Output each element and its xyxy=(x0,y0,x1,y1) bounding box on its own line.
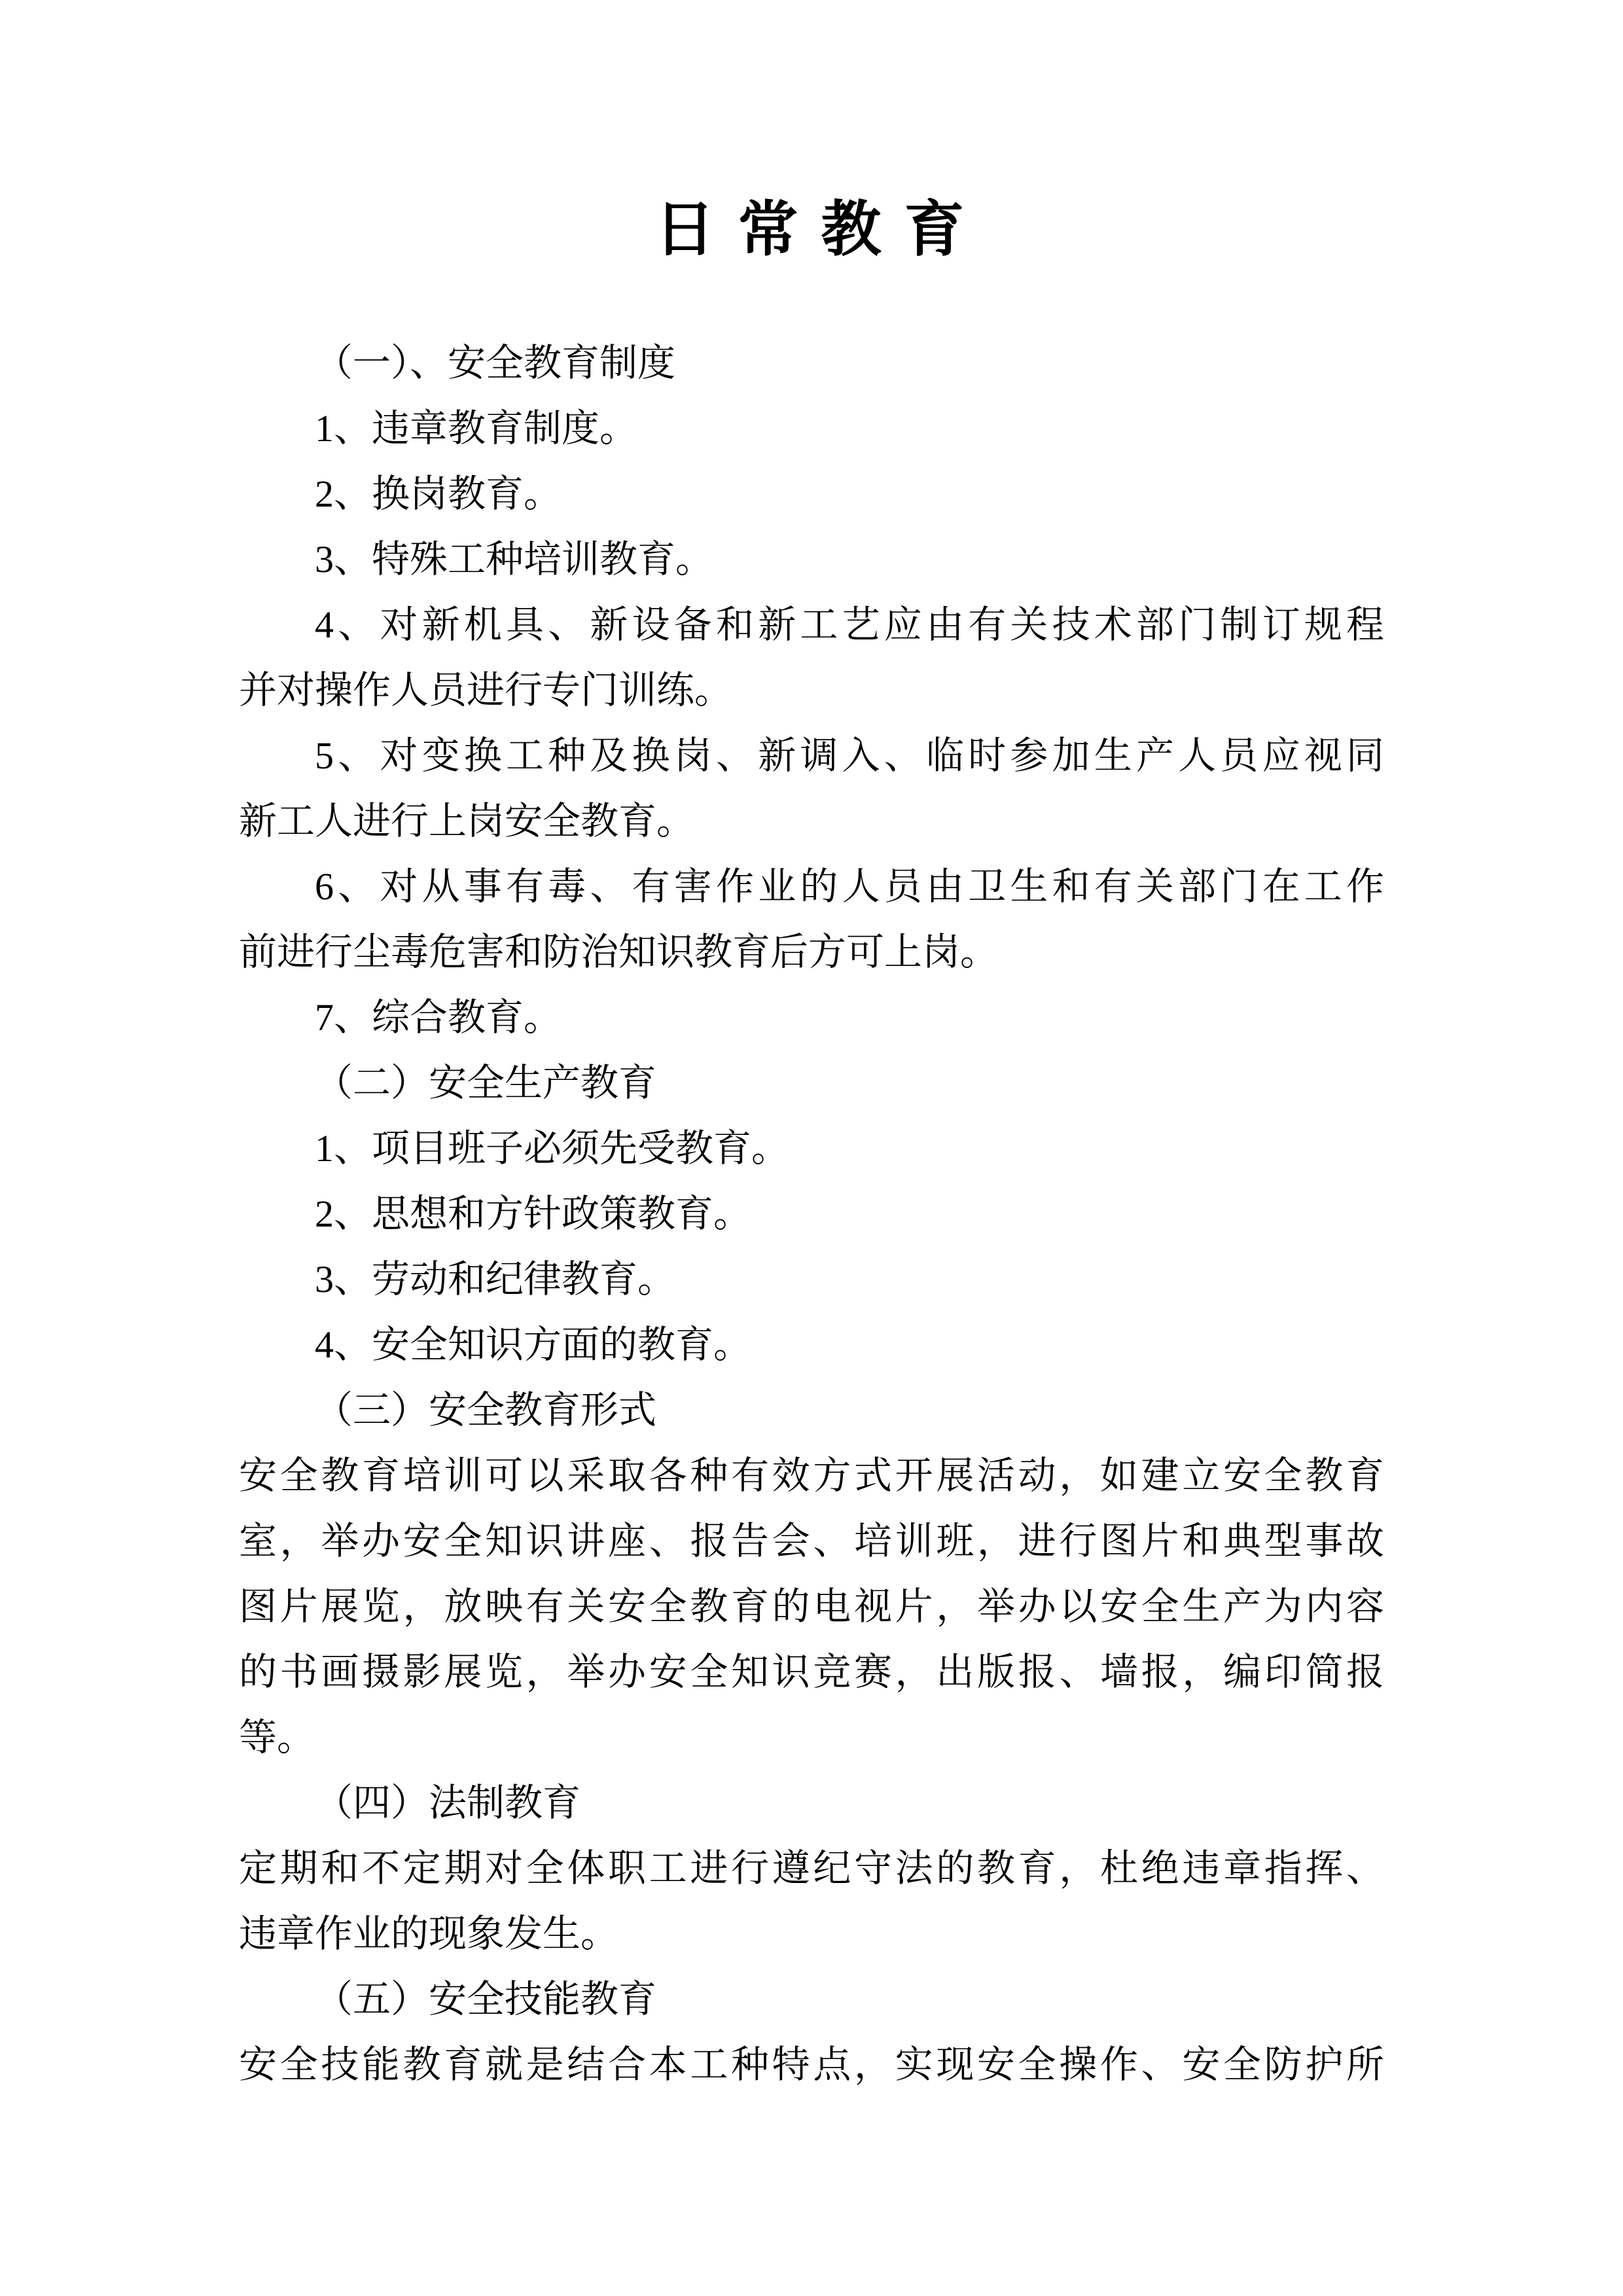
text-line: 图片展览，放映有关安全教育的电视片，举办以安全生产为内容 xyxy=(239,1574,1384,1640)
text-line: 3、特殊工种培训教育。 xyxy=(239,527,1384,592)
text-line: （三）安全教育形式 xyxy=(239,1378,1384,1443)
text-line: 等。 xyxy=(239,1705,1384,1770)
text-line: 安全教育培训可以采取各种有效方式开展活动，如建立安全教育 xyxy=(239,1443,1384,1509)
text-line: 4、对新机具、新设备和新工艺应由有关技术部门制订规程 xyxy=(239,592,1384,658)
document-page: 日 常 教 育 （一）、安全教育制度1、违章教育制度。2、换岗教育。3、特殊工种… xyxy=(0,0,1623,2296)
text-line: 安全技能教育就是结合本工种特点，实现安全操作、安全防护所 xyxy=(239,2032,1384,2098)
text-line: 1、违章教育制度。 xyxy=(239,396,1384,461)
text-line: （五）安全技能教育 xyxy=(239,1967,1384,2032)
text-line: 7、综合教育。 xyxy=(239,985,1384,1050)
text-line: 的书画摄影展览，举办安全知识竞赛，出版报、墙报，编印简报 xyxy=(239,1640,1384,1705)
text-line: 6、对从事有毒、有害作业的人员由卫生和有关部门在工作 xyxy=(239,854,1384,920)
text-line: 4、安全知识方面的教育。 xyxy=(239,1312,1384,1378)
text-line: 定期和不定期对全体职工进行遵纪守法的教育，杜绝违章指挥、 xyxy=(239,1836,1384,1901)
document-title: 日 常 教 育 xyxy=(0,194,1623,266)
text-line: 2、思想和方针政策教育。 xyxy=(239,1181,1384,1247)
text-line: 3、劳动和纪律教育。 xyxy=(239,1247,1384,1312)
text-line: 室，举办安全知识讲座、报告会、培训班，进行图片和典型事故 xyxy=(239,1509,1384,1574)
text-line: 新工人进行上岗安全教育。 xyxy=(239,789,1384,854)
text-line: （四）法制教育 xyxy=(239,1770,1384,1836)
document-body: （一）、安全教育制度1、违章教育制度。2、换岗教育。3、特殊工种培训教育。4、对… xyxy=(239,331,1384,2098)
text-line: 违章作业的现象发生。 xyxy=(239,1901,1384,1967)
text-line: 1、项目班子必须先受教育。 xyxy=(239,1116,1384,1181)
text-line: （二）安全生产教育 xyxy=(239,1050,1384,1116)
text-line: 2、换岗教育。 xyxy=(239,461,1384,527)
text-line: 前进行尘毒危害和防治知识教育后方可上岗。 xyxy=(239,920,1384,985)
text-line: 5、对变换工种及换岗、新调入、临时参加生产人员应视同 xyxy=(239,723,1384,789)
text-line: 并对操作人员进行专门训练。 xyxy=(239,658,1384,723)
text-line: （一）、安全教育制度 xyxy=(239,331,1384,396)
